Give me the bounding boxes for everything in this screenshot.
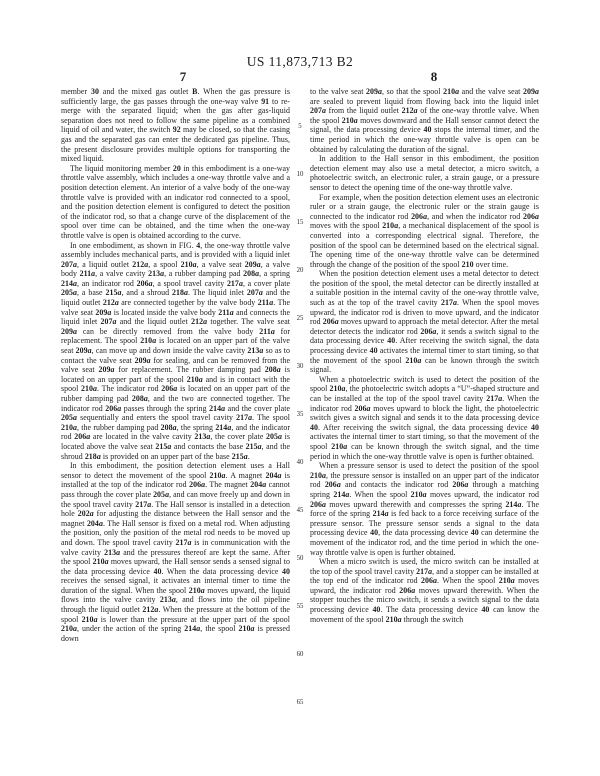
paragraph: When a photoelectric switch is used to d… bbox=[310, 375, 539, 461]
paragraph: When a micro switch is used, the micro s… bbox=[310, 557, 539, 624]
left-column: member 30 and the mixed gas outlet B. Wh… bbox=[61, 87, 290, 643]
line-number: 65 bbox=[290, 699, 310, 706]
paragraph: to the valve seat 209a, so that the spoo… bbox=[310, 87, 539, 154]
paragraph: In addition to the Hall sensor in this e… bbox=[310, 154, 539, 192]
column-number-left: 7 bbox=[63, 69, 303, 85]
line-number: 45 bbox=[290, 507, 310, 514]
line-number: 15 bbox=[290, 219, 310, 226]
line-number: 50 bbox=[290, 555, 310, 562]
text-columns: member 30 and the mixed gas outlet B. Wh… bbox=[61, 87, 539, 643]
line-number: 40 bbox=[290, 459, 310, 466]
line-number-gutter: 5101520253035404550556065 bbox=[290, 87, 310, 643]
line-number: 10 bbox=[290, 171, 310, 178]
line-number: 35 bbox=[290, 411, 310, 418]
line-number: 55 bbox=[290, 603, 310, 610]
right-column: to the valve seat 209a, so that the spoo… bbox=[310, 87, 539, 643]
paragraph: When a pressure sensor is used to detect… bbox=[310, 461, 539, 557]
line-number: 5 bbox=[290, 123, 310, 130]
patent-page: US 11,873,713 B2 7 8 member 30 and the m… bbox=[0, 0, 600, 776]
paragraph: When the position detection element uses… bbox=[310, 269, 539, 375]
paragraph: In one embodiment, as shown in FIG. 4, t… bbox=[61, 241, 290, 462]
paragraph: member 30 and the mixed gas outlet B. Wh… bbox=[61, 87, 290, 164]
paragraph: In this embodiment, the position detecti… bbox=[61, 461, 290, 643]
column-number-right: 8 bbox=[314, 69, 554, 85]
line-number: 30 bbox=[290, 363, 310, 370]
paragraph: The liquid monitoring member 20 in this … bbox=[61, 164, 290, 241]
patent-number: US 11,873,713 B2 bbox=[0, 54, 600, 70]
line-number: 25 bbox=[290, 315, 310, 322]
paragraph: For example, when the position detection… bbox=[310, 193, 539, 270]
line-number: 20 bbox=[290, 267, 310, 274]
line-number: 60 bbox=[290, 651, 310, 658]
